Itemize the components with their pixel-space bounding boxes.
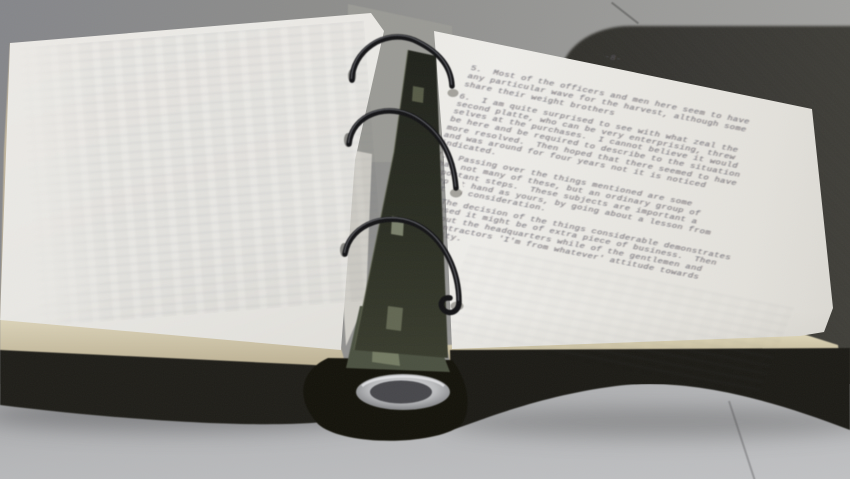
spine-slot [412, 86, 424, 103]
photo-open-binder: -8- 5. Most of the officers and men here… [0, 0, 850, 479]
binder-rings-layer [0, 0, 850, 479]
ring-hole-shadow [448, 89, 459, 97]
spine-slot [386, 306, 403, 331]
ring-top [352, 37, 452, 86]
